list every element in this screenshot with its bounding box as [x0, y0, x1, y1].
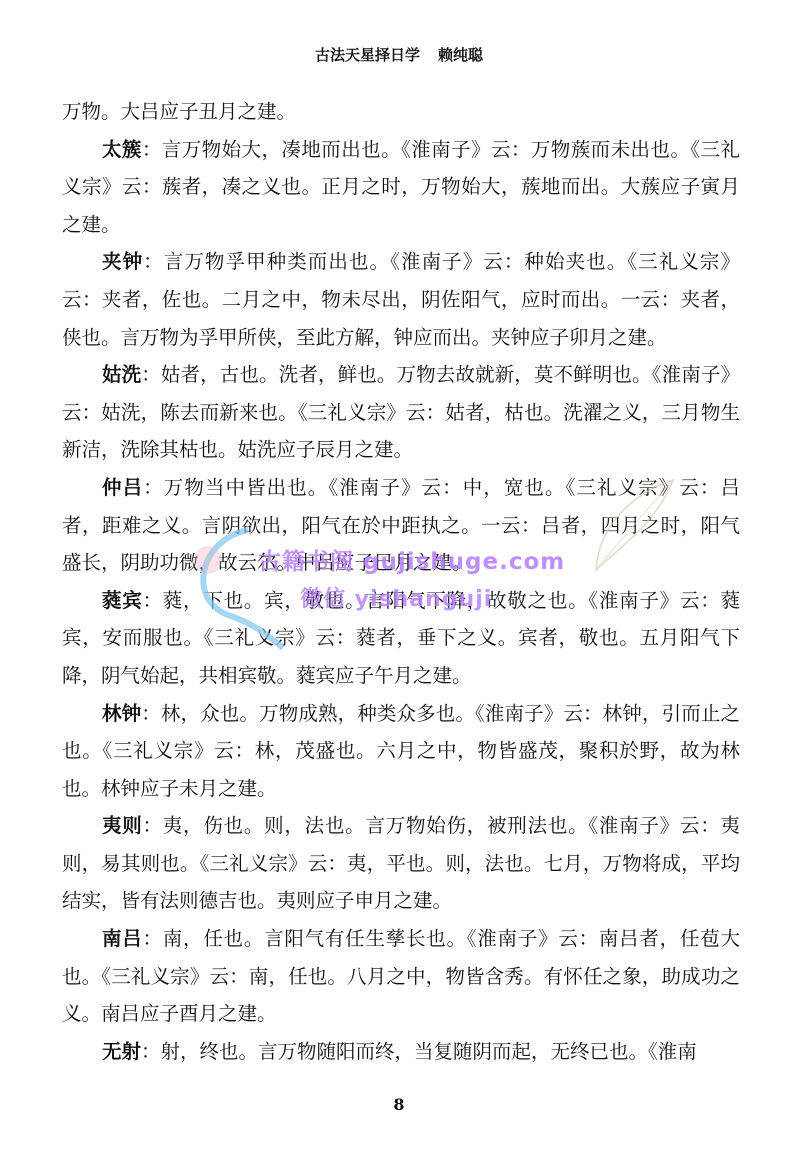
term-heading: 林钟: [102, 702, 141, 725]
paragraph-continuation: 万物。大吕应子丑月之建。: [62, 93, 740, 131]
term-heading: 夹钟: [102, 250, 143, 273]
paragraph-jiazhong: 夹钟：言万物孚甲种类而出也。《淮南子》云：种始夹也。《三礼义宗》云：夹者，佐也。…: [62, 243, 740, 356]
running-header: 古法天星择日学赖纯聪: [0, 44, 798, 65]
term-heading: 夷则: [102, 814, 143, 837]
paragraph-linzhong: 林钟：林，众也。万物成熟，种类众多也。《淮南子》云：林钟，引而止之也。《三礼义宗…: [62, 695, 740, 808]
term-heading: 蕤宾: [102, 589, 143, 612]
paragraph-text: ：言万物始大，凑地而出也。《淮南子》云：万物蔟而未出也。《三礼义宗》云：蔟者，凑…: [62, 138, 740, 236]
page-number: 8: [0, 1095, 798, 1114]
paragraph-text: ：夷，伤也。则，法也。言万物始伤，被刑法也。《淮南子》云：夷则，易其则也。《三礼…: [62, 814, 740, 912]
paragraph-wuyi: 无射：射，终也。言万物随阳而终，当复随阴而起，无终已也。《淮南: [62, 1033, 740, 1071]
paragraph-zhonglv: 仲吕：万物当中皆出也。《淮南子》云：中，宽也。《三礼义宗》云：吕者，距难之义。言…: [62, 469, 740, 582]
term-heading: 南吕: [102, 927, 143, 950]
paragraph-text: ：万物当中皆出也。《淮南子》云：中，宽也。《三礼义宗》云：吕者，距难之义。言阴欲…: [62, 476, 740, 574]
paragraph-text: ：蕤，下也。宾，敬也。言阳气下降，故敬之也。《淮南子》云：蕤宾，安而服也。《三礼…: [62, 589, 740, 687]
author-name: 赖纯聪: [438, 44, 483, 65]
term-heading: 仲吕: [102, 476, 143, 499]
paragraph-guxian: 姑洗：姑者，古也。洗者，鲜也。万物去故就新，莫不鲜明也。《淮南子》云：姑洗，陈去…: [62, 356, 740, 469]
paragraph-nanlv: 南吕：南，任也。言阳气有任生孳长也。《淮南子》云：南吕者，任苞大也。《三礼义宗》…: [62, 920, 740, 1033]
paragraph-text: ：言万物孚甲种类而出也。《淮南子》云：种始夹也。《三礼义宗》云：夹者，佐也。二月…: [62, 250, 740, 348]
paragraph-text: ：射，终也。言万物随阳而终，当复随阴而起，无终已也。《淮南: [141, 1040, 697, 1063]
page-body: 万物。大吕应子丑月之建。 太簇：言万物始大，凑地而出也。《淮南子》云：万物蔟而未…: [62, 93, 740, 1070]
paragraph-ruibin: 蕤宾：蕤，下也。宾，敬也。言阳气下降，故敬之也。《淮南子》云：蕤宾，安而服也。《…: [62, 582, 740, 695]
term-heading: 姑洗: [102, 363, 141, 386]
paragraph-text: ：南，任也。言阳气有任生孳长也。《淮南子》云：南吕者，任苞大也。《三礼义宗》云：…: [62, 927, 740, 1025]
book-title: 古法天星择日学: [315, 44, 420, 65]
paragraph-text: ：林，众也。万物成熟，种类众多也。《淮南子》云：林钟，引而止之也。《三礼义宗》云…: [62, 702, 740, 800]
paragraph-text: 万物。大吕应子丑月之建。: [62, 100, 296, 123]
term-heading: 太簇: [102, 138, 142, 161]
paragraph-yize: 夷则：夷，伤也。则，法也。言万物始伤，被刑法也。《淮南子》云：夷则，易其则也。《…: [62, 807, 740, 920]
paragraph-taicou: 太簇：言万物始大，凑地而出也。《淮南子》云：万物蔟而未出也。《三礼义宗》云：蔟者…: [62, 131, 740, 244]
term-heading: 无射: [102, 1040, 141, 1063]
paragraph-text: ：姑者，古也。洗者，鲜也。万物去故就新，莫不鲜明也。《淮南子》云：姑洗，陈去而新…: [62, 363, 740, 461]
